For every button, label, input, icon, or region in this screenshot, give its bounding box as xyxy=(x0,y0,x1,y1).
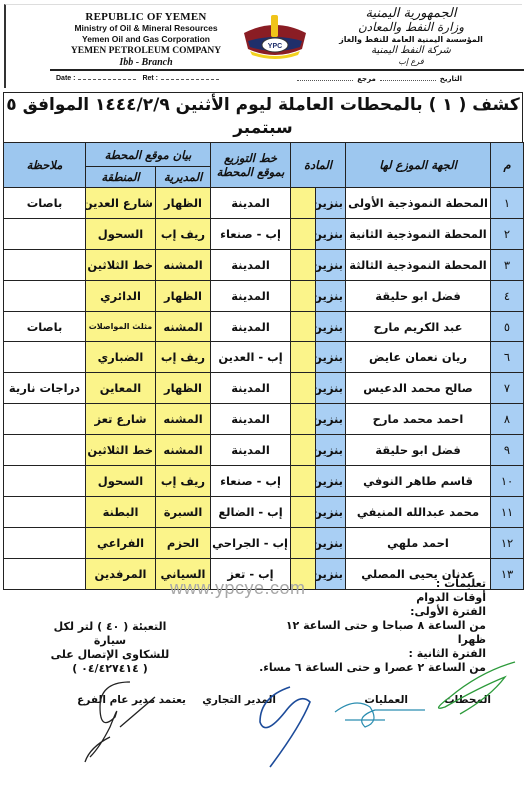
teal-signature-icon xyxy=(325,692,435,732)
cell-num: ١٣ xyxy=(491,558,524,589)
cell-recipient: صالح محمد الدعيس xyxy=(346,373,491,404)
table-row: ٦ ريان نعمان عايض بنزين إب - العدين ريف … xyxy=(4,342,524,373)
cell-num: ٣ xyxy=(491,249,524,280)
cell-note xyxy=(4,249,86,280)
cell-directorate: ريف إب xyxy=(156,218,211,249)
cell-material: بنزين xyxy=(316,342,346,373)
cell-num: ٧ xyxy=(491,373,524,404)
table-row: ١٢ احمد ملهي بنزين إب - الجراحي الحزم ال… xyxy=(4,527,524,558)
cell-area: الضباري xyxy=(86,342,156,373)
fill-limit: التعبئة ( ٤٠ ) لتر لكل سيارة xyxy=(40,620,180,648)
cell-recipient: احمد محمد مارح xyxy=(346,404,491,435)
cell-directorate: المشنه xyxy=(156,311,211,342)
cell-line: المدينة xyxy=(211,404,291,435)
blue-signature-icon xyxy=(240,682,330,772)
header-material: المادة xyxy=(291,143,346,188)
table-row: ٢ المحطة النموذجية الثانية بنزين إب - صن… xyxy=(4,218,524,249)
cell-line: إب - صنعاء xyxy=(211,218,291,249)
cell-num: ١٠ xyxy=(491,466,524,497)
cell-note xyxy=(4,496,86,527)
cell-num: ٢ xyxy=(491,218,524,249)
cell-material: بنزين xyxy=(316,188,346,219)
cell-blank-yellow xyxy=(291,342,316,373)
header-area: المنطقة xyxy=(86,167,156,188)
cell-blank-yellow xyxy=(291,435,316,466)
cell-area: مثلث المواصلات xyxy=(86,311,156,342)
cell-material: بنزين xyxy=(316,218,346,249)
cell-num: ٦ xyxy=(491,342,524,373)
cell-line: المدينة xyxy=(211,311,291,342)
cell-blank-yellow xyxy=(291,218,316,249)
cell-num: ١٢ xyxy=(491,527,524,558)
cell-note xyxy=(4,404,86,435)
stations-table: م الجهة الموزع لها المادة خط التوزيع بمو… xyxy=(3,142,524,590)
cell-material: بنزين xyxy=(316,373,346,404)
cell-note xyxy=(4,466,86,497)
complaints-phone: ( ٠٤/٤٢٧٤١٤ ) xyxy=(40,662,180,676)
cell-blank-yellow xyxy=(291,496,316,527)
cell-directorate: الظهار xyxy=(156,280,211,311)
cell-note xyxy=(4,342,86,373)
cell-line: إب - صنعاء xyxy=(211,466,291,497)
table-row: ١ المحطة النموذجية الأولى بنزين المدينة … xyxy=(4,188,524,219)
ministry-name: Ministry of Oil & Mineral Resources xyxy=(46,23,246,34)
cell-material: بنزين xyxy=(316,435,346,466)
table-row: ٣ المحطة النموذجية الثالثة بنزين المدينة… xyxy=(4,249,524,280)
cell-num: ٤ xyxy=(491,280,524,311)
cell-blank-yellow xyxy=(291,311,316,342)
ref-label: Ret : xyxy=(142,75,158,82)
date-ref-english: Date :Ret : xyxy=(56,75,225,82)
cell-note: باصات xyxy=(4,311,86,342)
cell-area: السحول xyxy=(86,218,156,249)
ref-blank xyxy=(161,79,219,80)
header-location-group: بيان موقع المحطة xyxy=(86,143,211,167)
cell-area: المرفدين xyxy=(86,558,156,589)
cell-line: المدينة xyxy=(211,188,291,219)
cell-material: بنزين xyxy=(316,404,346,435)
ypc-logo-icon: YPC xyxy=(240,11,310,61)
cell-directorate: المشنه xyxy=(156,435,211,466)
cell-line: المدينة xyxy=(211,280,291,311)
header-directorate: المديرية xyxy=(156,167,211,188)
cell-area: الفراعي xyxy=(86,527,156,558)
table-row: ٤ فضل ابو حليقة بنزين المدينة الظهار الد… xyxy=(4,280,524,311)
cell-num: ١١ xyxy=(491,496,524,527)
table-row: ٥ عبد الكريم مارح بنزين المدينة المشنه م… xyxy=(4,311,524,342)
cell-recipient: عبد الكريم مارح xyxy=(346,311,491,342)
cell-line: إب - الضالع xyxy=(211,496,291,527)
cell-area: السحول xyxy=(86,466,156,497)
cell-directorate: المشنه xyxy=(156,249,211,280)
cell-line: المدينة xyxy=(211,373,291,404)
cell-directorate: الظهار xyxy=(156,373,211,404)
branch-name-ar: فرع إب xyxy=(336,57,486,67)
header-recipient: الجهة الموزع لها xyxy=(346,143,491,188)
cell-blank-yellow xyxy=(291,527,316,558)
cell-recipient: ريان نعمان عايض xyxy=(346,342,491,373)
working-hours-label: أوقات الدوام xyxy=(256,591,486,605)
cell-directorate: ريف إب xyxy=(156,342,211,373)
company-name-ar: شركة النفط اليمنية xyxy=(336,45,486,57)
cell-recipient: محمد عبدالله المنيفي xyxy=(346,496,491,527)
cell-material: بنزين xyxy=(316,527,346,558)
cell-blank-yellow xyxy=(291,466,316,497)
date-label: Date : xyxy=(56,75,75,82)
complaints-label: للشكاوى الإتصال على xyxy=(40,648,180,662)
cell-recipient: فضل ابو حليقة xyxy=(346,435,491,466)
corporation-name: Yemen Oil and Gas Corporation xyxy=(46,34,246,45)
cell-line: المدينة xyxy=(211,249,291,280)
cell-directorate: السبرة xyxy=(156,496,211,527)
cell-material: بنزين xyxy=(316,280,346,311)
cell-area: خط الثلاثين xyxy=(86,249,156,280)
fill-note: التعبئة ( ٤٠ ) لتر لكل سيارة للشكاوى الإ… xyxy=(40,620,180,676)
header-distribution-line: خط التوزيع بموقع المحطة xyxy=(211,143,291,188)
date-blank-ar xyxy=(380,80,436,81)
cell-blank-yellow xyxy=(291,280,316,311)
cell-directorate: الظهار xyxy=(156,188,211,219)
table-row: ١٠ قاسم طاهر النوفي بنزين إب - صنعاء ريف… xyxy=(4,466,524,497)
cell-directorate: ريف إب xyxy=(156,466,211,497)
header-note: ملاحظة xyxy=(4,143,86,188)
cell-blank-yellow xyxy=(291,188,316,219)
cell-material: بنزين xyxy=(316,311,346,342)
cell-material: بنزين xyxy=(316,496,346,527)
cell-recipient: المحطة النموذجية الثالثة xyxy=(346,249,491,280)
cell-area: البطنة xyxy=(86,496,156,527)
period-1-time: من الساعة ٨ صباحا و حتى الساعة ١٢ ظهرا xyxy=(256,619,486,647)
cell-directorate: المشنه xyxy=(156,404,211,435)
cell-blank-yellow xyxy=(291,404,316,435)
table-row: ١١ محمد عبدالله المنيفي بنزين إب - الضال… xyxy=(4,496,524,527)
cell-recipient: المحطة النموذجية الأولى xyxy=(346,188,491,219)
cell-area: المعاين xyxy=(86,373,156,404)
cell-recipient: فضل ابو حليقة xyxy=(346,280,491,311)
table-row: ٨ احمد محمد مارح بنزين المدينة المشنه شا… xyxy=(4,404,524,435)
cell-num: ٨ xyxy=(491,404,524,435)
cell-material: بنزين xyxy=(316,466,346,497)
cell-num: ١ xyxy=(491,188,524,219)
date-ref-arabic: التاريخمرجع xyxy=(293,75,462,83)
cell-area: شارع تعز xyxy=(86,404,156,435)
cell-area: الدائري xyxy=(86,280,156,311)
signatures: المحطات العمليات المدير التجاري يعتمد مد… xyxy=(0,692,526,772)
cell-line: إب - الجراحي xyxy=(211,527,291,558)
cell-area: شارع العدين xyxy=(86,188,156,219)
cell-blank-yellow xyxy=(291,249,316,280)
cell-recipient: المحطة النموذجية الثانية xyxy=(346,218,491,249)
cell-note xyxy=(4,435,86,466)
cell-area: خط الثلاثين xyxy=(86,435,156,466)
cell-note: دراجات نارية xyxy=(4,373,86,404)
letterhead: REPUBLIC OF YEMEN Ministry of Oil & Mine… xyxy=(4,4,522,88)
cell-note xyxy=(4,280,86,311)
header-num: م xyxy=(491,143,524,188)
letterhead-english: REPUBLIC OF YEMEN Ministry of Oil & Mine… xyxy=(46,11,246,69)
company-name: YEMEN PETROLEUM COMPANY xyxy=(46,45,246,57)
ref-blank-ar xyxy=(297,80,353,81)
cell-note xyxy=(4,558,86,589)
date-label-ar: التاريخ xyxy=(440,75,462,83)
cell-directorate: الحزم xyxy=(156,527,211,558)
branch-name: Ibb - Branch xyxy=(46,57,246,69)
cell-note xyxy=(4,218,86,249)
table-body: ١ المحطة النموذجية الأولى بنزين المدينة … xyxy=(4,188,524,590)
letterhead-arabic: الجمهورية اليمنية وزارة النفط والمعادن ا… xyxy=(336,7,486,67)
cell-note: باصات xyxy=(4,188,86,219)
cell-line: المدينة xyxy=(211,435,291,466)
report-title: كشف ( ١ ) بالمحطات العاملة ليوم الأثنين … xyxy=(3,92,523,142)
cell-num: ٥ xyxy=(491,311,524,342)
green-signature-icon xyxy=(420,652,520,722)
cell-recipient: احمد ملهي xyxy=(346,527,491,558)
cell-num: ٩ xyxy=(491,435,524,466)
title-line-1: كشف ( ١ ) بالمحطات العاملة ليوم الأثنين … xyxy=(4,93,522,140)
document-page: REPUBLIC OF YEMEN Ministry of Oil & Mine… xyxy=(0,0,526,785)
date-blank xyxy=(78,79,136,80)
instructions-heading: تعليمات : xyxy=(256,577,486,591)
black-signature-icon xyxy=(70,677,160,772)
ministry-name-ar: وزارة النفط والمعادن xyxy=(336,21,486,34)
ref-label-ar: مرجع xyxy=(357,75,376,83)
svg-text:YPC: YPC xyxy=(268,43,282,50)
republic-name: REPUBLIC OF YEMEN xyxy=(46,11,246,23)
cell-blank-yellow xyxy=(291,373,316,404)
cell-line: إب - العدين xyxy=(211,342,291,373)
cell-note xyxy=(4,527,86,558)
cell-material: بنزين xyxy=(316,249,346,280)
republic-name-ar: الجمهورية اليمنية xyxy=(336,7,486,21)
letterhead-divider xyxy=(50,69,524,71)
table-row: ٧ صالح محمد الدعيس بنزين المدينة الظهار … xyxy=(4,373,524,404)
corporation-name-ar: المؤسسة اليمنية العامة للنفط والغاز xyxy=(336,34,486,45)
cell-recipient: قاسم طاهر النوفي xyxy=(346,466,491,497)
table-row: ٩ فضل ابو حليقة بنزين المدينة المشنه خط … xyxy=(4,435,524,466)
period-1-label: الفترة الأولى: xyxy=(256,605,486,619)
